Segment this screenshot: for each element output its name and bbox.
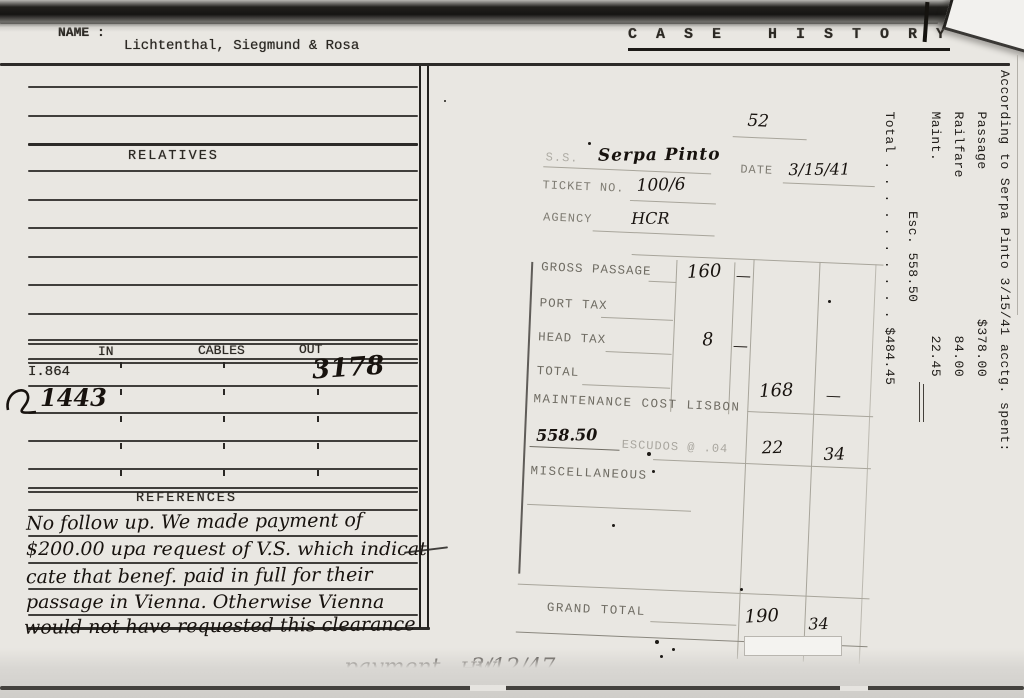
scan-top-edge (0, 0, 1024, 32)
ink-dot (740, 588, 743, 591)
sum-rule (923, 384, 924, 422)
voucher-line (606, 351, 672, 355)
cables-column-cables: CABLES (198, 343, 245, 358)
agency-label: AGENCY (543, 210, 593, 226)
case-number-in: I.864 (28, 364, 70, 380)
voucher-line (530, 446, 620, 451)
ink-flourish (2, 382, 40, 422)
fee-label-escudos: ESCUDOS @ .04 (621, 438, 728, 456)
escudos-handwritten: 558.50 (536, 425, 597, 445)
fee-label-miscellaneous: MISCELLANEOUS (530, 464, 648, 483)
overlapping-card-corner (942, 0, 1024, 71)
ink-dot (612, 524, 615, 527)
ship-label: S.S. (545, 150, 578, 165)
ink-dot (828, 300, 831, 303)
grand-total-amount: 190 (744, 605, 779, 628)
paper-chip (470, 685, 506, 691)
side-note-line: Total . . . . . . . . . . $484.45 (878, 70, 901, 542)
ruled-line (28, 256, 418, 258)
card-edge-line (1017, 55, 1018, 315)
agency-value-handwritten: HCR (631, 209, 669, 228)
ruled-line (28, 313, 418, 315)
voucher-line (649, 281, 677, 283)
voucher-column-line (803, 262, 821, 662)
ink-dot (444, 100, 446, 102)
total-cents: — (826, 386, 842, 405)
side-note-line: According to Serpa Pinto 3/15/41 acctg. … (993, 70, 1016, 542)
voucher-line (518, 584, 870, 600)
ruled-line (28, 227, 418, 229)
grand-total-cents: 34 (808, 614, 829, 634)
ruled-line (28, 143, 418, 146)
paper-chip (840, 686, 868, 691)
paper-chip (744, 636, 842, 656)
head-tax-cents: — (733, 336, 749, 355)
note-line: $200.00 upa request of V.S. which indica… (26, 538, 427, 560)
voucher-page-number: 52 (747, 111, 769, 132)
sum-rule (919, 382, 920, 422)
voucher-line (632, 254, 884, 266)
voucher-left-border (518, 262, 533, 574)
ruled-line (28, 588, 418, 590)
ruled-line (28, 199, 418, 201)
gross-passage-amount: 160 (687, 260, 722, 283)
case-history-card: NAME : Lichtenthal, Siegmund & Rosa C A … (0, 0, 1024, 698)
voucher-line (593, 230, 715, 236)
fee-label-gross-passage: GROSS PASSAGE (541, 260, 652, 279)
note-line: cate that benef. paid in full for their (26, 564, 373, 588)
ink-dot (660, 655, 663, 658)
date-label: DATE (740, 163, 773, 178)
ruled-line (28, 115, 418, 117)
ship-name-handwritten: Serpa Pinto (598, 144, 721, 165)
ink-dot (672, 648, 675, 651)
cables-column-divider (120, 362, 122, 489)
cables-column-in: IN (98, 344, 114, 359)
fee-label-head-tax: HEAD TAX (538, 330, 607, 347)
side-note-line: Passage $378.00 (970, 70, 993, 542)
maintenance-cents: 34 (823, 444, 845, 465)
side-note-line: Railfare 84.00 (947, 70, 970, 542)
ticket-label: TICKET NO. (542, 178, 625, 195)
side-note-line: Esc. 558.50 (901, 70, 924, 542)
ink-dot (655, 640, 659, 644)
voucher-line (733, 136, 807, 140)
note-line: No follow up. We made payment of (26, 509, 363, 535)
ink-dot (588, 142, 591, 145)
scan-bottom-line (0, 686, 1024, 690)
cables-column-divider (223, 362, 225, 489)
ruled-line (28, 535, 418, 537)
side-note-line: Maint. 22.45 (924, 70, 947, 542)
side-accounting-note: According to Serpa Pinto 3/15/41 acctg. … (874, 70, 1016, 542)
date-value-handwritten: 3/15/41 (788, 160, 850, 180)
fee-label-maintenance: MAINTENANCE COST LISBON (533, 392, 740, 415)
ink-dot (647, 452, 651, 456)
fee-label-grand-total: GRAND TOTAL (547, 601, 647, 619)
fee-label-total: TOTAL (536, 364, 579, 380)
voucher-column-line (737, 259, 755, 659)
ticket-value-handwritten: 100/6 (636, 175, 686, 196)
relatives-heading: RELATIVES (128, 149, 219, 164)
ruled-line (28, 170, 418, 172)
maintenance-amount: 22 (761, 438, 783, 459)
rule-under-name (0, 63, 1010, 66)
total-amount: 168 (759, 379, 794, 402)
fee-label-port-tax: PORT TAX (539, 296, 608, 313)
voucher-line (601, 317, 673, 321)
gross-passage-cents: — (736, 266, 752, 285)
note-line: passage in Vienna. Otherwise Vienna (26, 591, 384, 613)
voucher-line (630, 200, 716, 205)
cable-number-in-handwritten: 1443 (2, 382, 107, 422)
head-tax-amount: 8 (702, 329, 715, 351)
ruled-line (28, 86, 418, 88)
name-value: Lichtenthal, Siegmund & Rosa (124, 38, 359, 54)
voucher-line (783, 182, 875, 187)
voucher-line (582, 384, 670, 389)
voucher-line (650, 621, 736, 626)
voucher-line (527, 504, 691, 512)
references-heading: REFERENCES (136, 491, 237, 506)
voucher-line (543, 166, 711, 174)
ruled-line (28, 284, 418, 286)
scan-bottom-edge (0, 648, 1024, 698)
voucher-line (747, 411, 873, 417)
cable-number-out-handwritten: 3178 (311, 351, 385, 386)
ink-dot (652, 470, 655, 473)
passage-cost-voucher: 52 S.S. Serpa Pinto DATE 3/15/41 TICKET … (515, 102, 890, 664)
cable-number-in-value: 1443 (40, 383, 107, 412)
